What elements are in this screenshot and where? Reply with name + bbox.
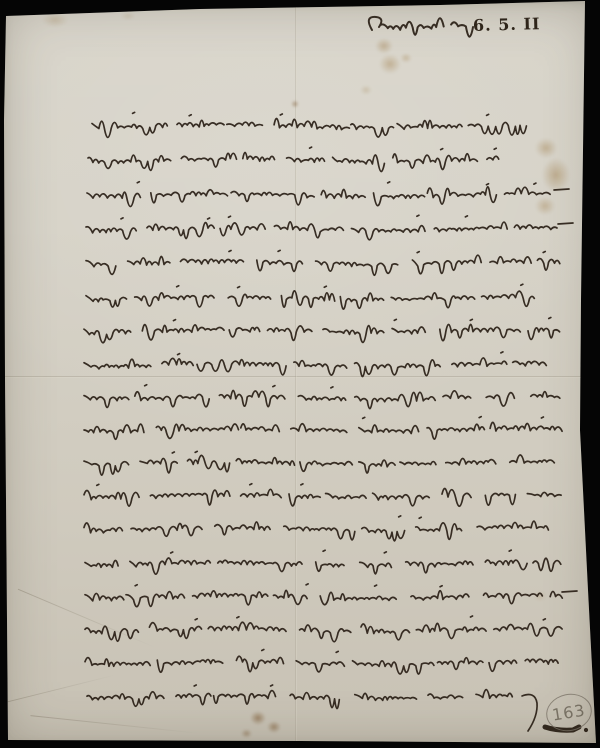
letter-paper: 6. 5. II 163: [0, 0, 600, 748]
handwriting-line: [85, 650, 558, 674]
scan-background: 6. 5. II 163: [0, 0, 600, 748]
handwriting-line: [84, 318, 560, 343]
handwriting-line: [88, 147, 499, 171]
handwriting-line: [85, 550, 561, 574]
date-numerals: 6. 5. II: [473, 14, 541, 35]
catalog-number: 163: [551, 700, 587, 724]
handwriting-svg: [0, 0, 600, 748]
handwriting-line: [87, 182, 569, 207]
handwriting-line: [92, 112, 526, 137]
handwriting-line: [86, 250, 560, 275]
handwriting-line: [86, 284, 534, 309]
handwriting-line: [84, 516, 548, 541]
handwriting-line: [84, 417, 562, 440]
handwriting-line: [84, 352, 546, 377]
date-squiggle-path: [369, 17, 473, 37]
handwriting-line: [84, 484, 561, 506]
handwriting-line: [84, 385, 560, 409]
handwriting-line: [85, 616, 562, 642]
ink-flourish-mark: [522, 695, 537, 731]
ink-dot: [584, 728, 588, 732]
handwriting-line: [87, 685, 512, 709]
handwriting-line: [86, 215, 573, 239]
handwriting-line: [84, 451, 554, 475]
handwriting-line: [85, 584, 577, 607]
